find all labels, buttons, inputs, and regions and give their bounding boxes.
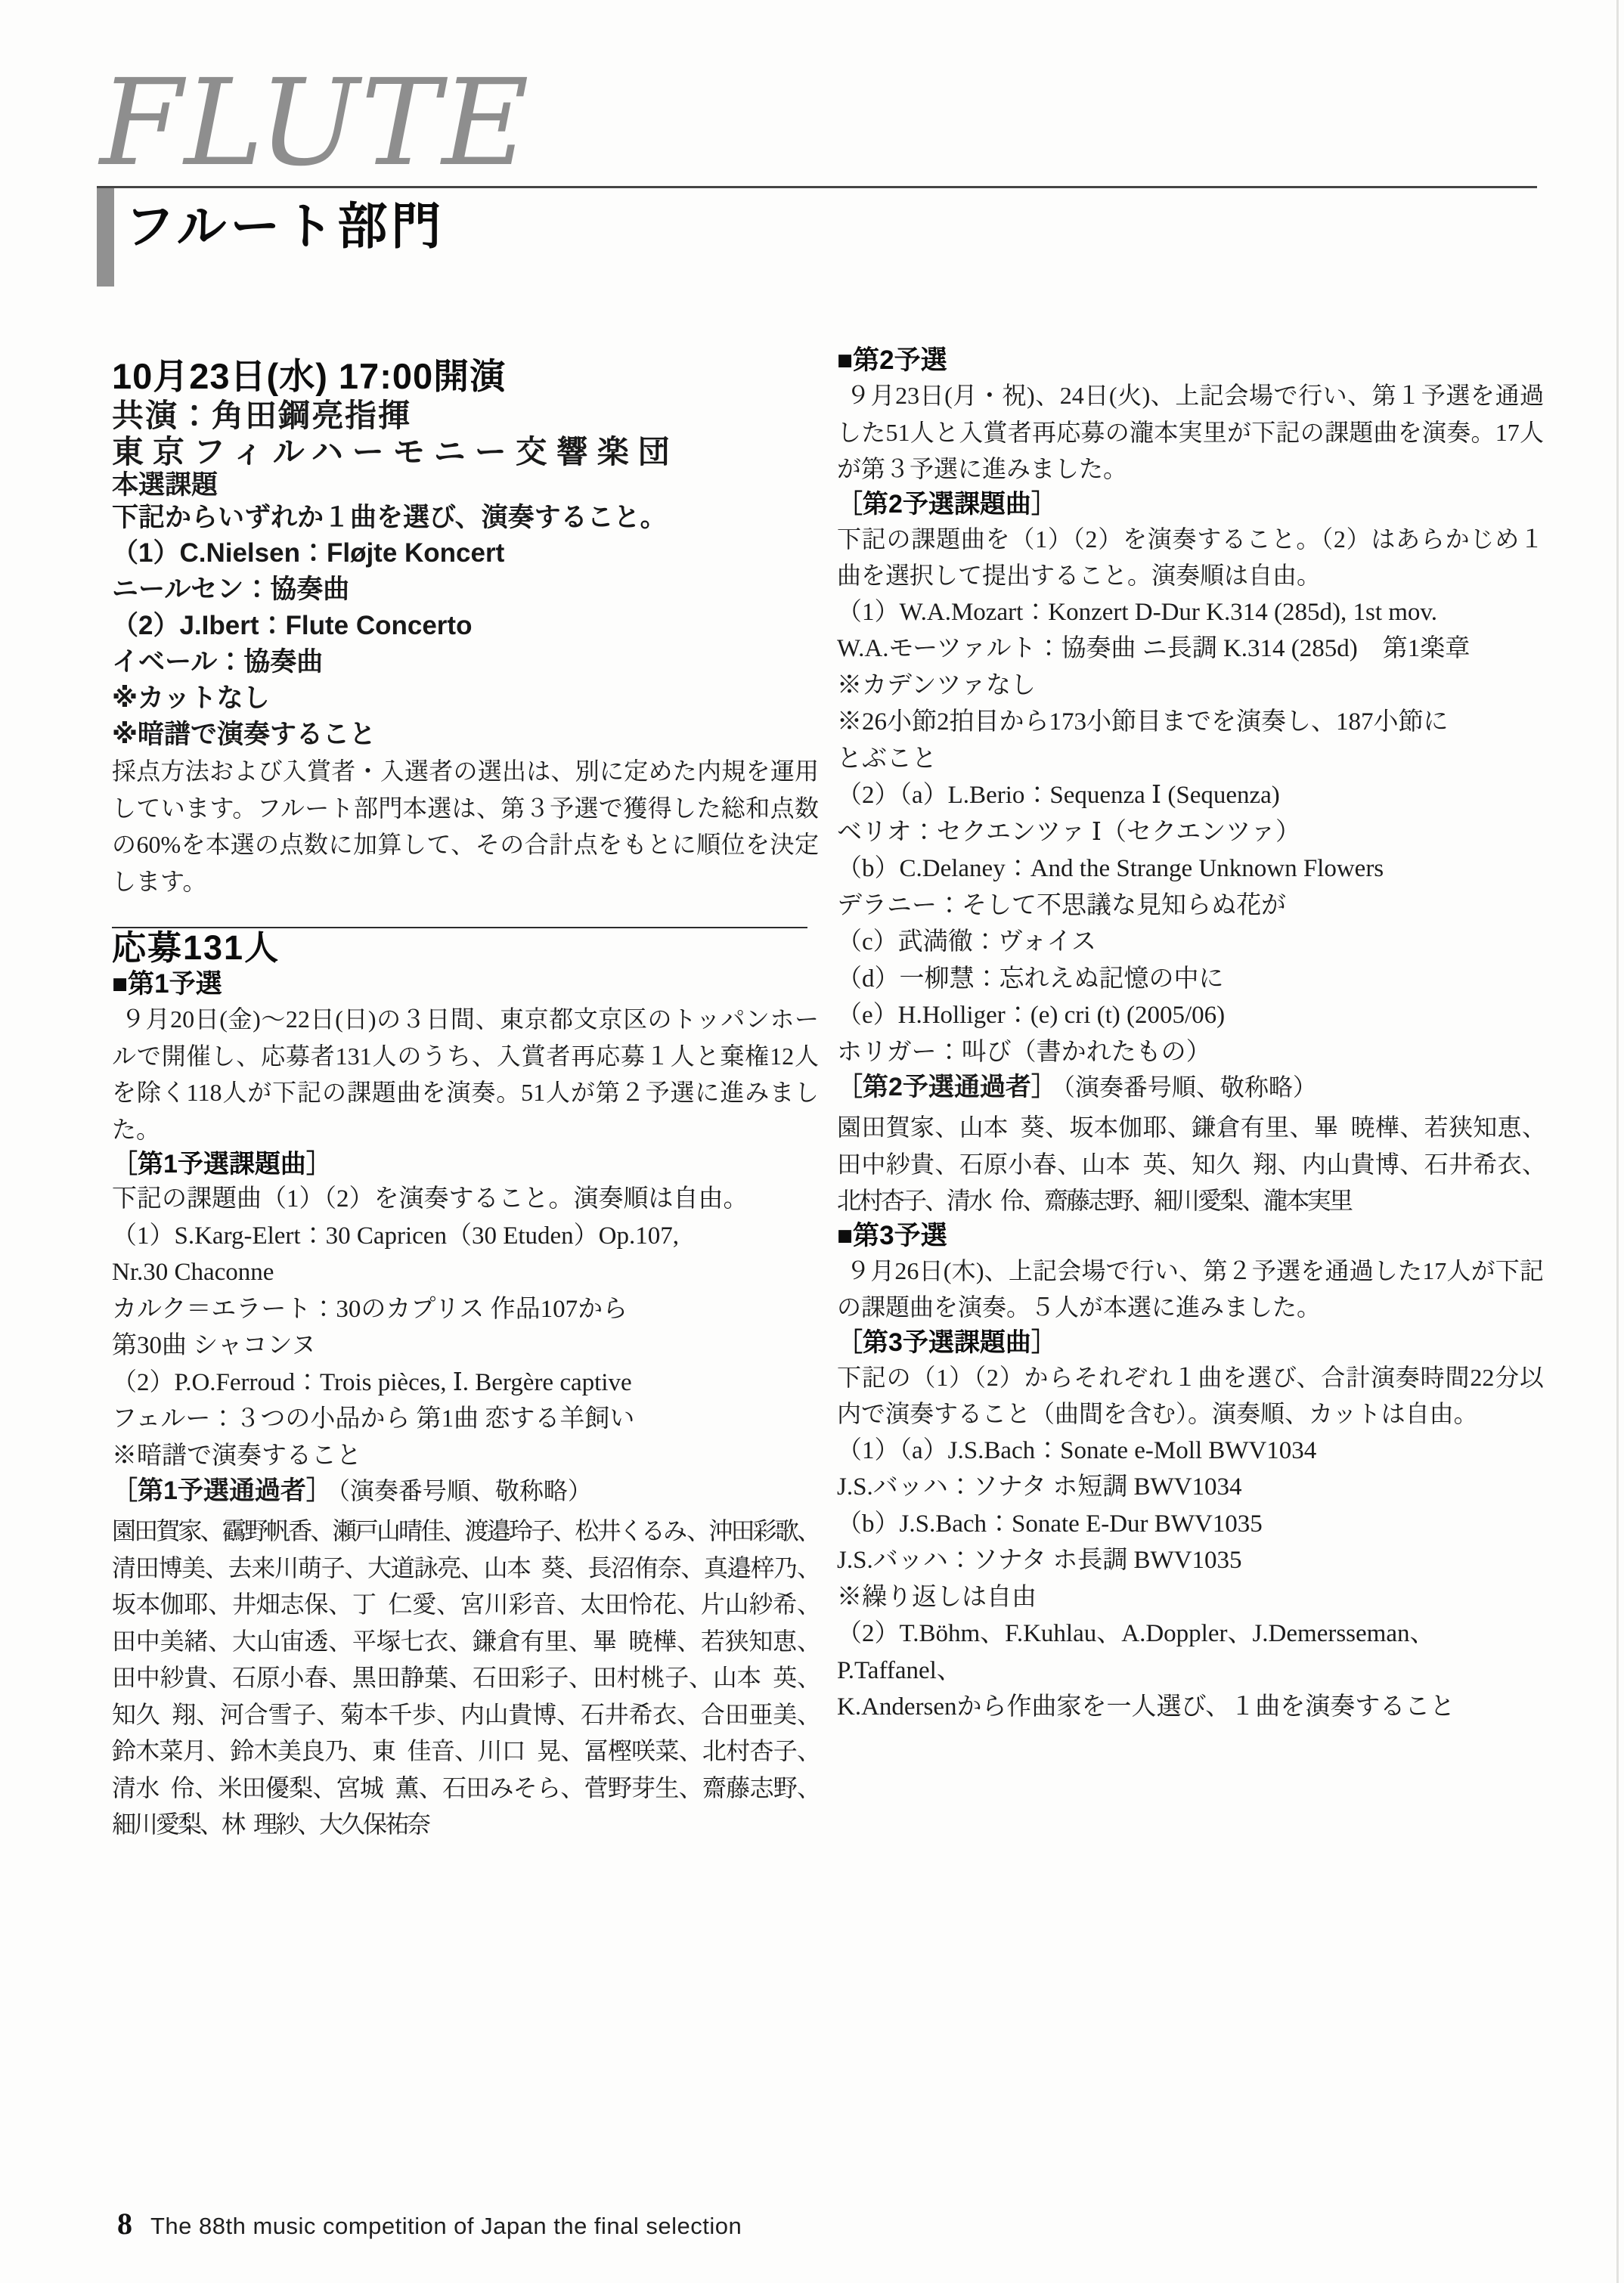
orchestra-line: 東京フィルハーモニー交響楽団 <box>112 434 819 470</box>
round1-memorization-note: ※暗譜で演奏すること <box>112 1438 819 1475</box>
final-task-intro: 下記からいずれか１曲を選び、演奏すること。 <box>112 500 819 535</box>
round3-item1b-ja: J.S.バッハ：ソナタ ホ長調 BWV1035 <box>837 1542 1544 1579</box>
round1-passers-line: 坂本伽耶、井畑志保、丁 仁愛、宮川彩音、太田怜花、片山紗希、 <box>112 1586 819 1623</box>
round2-passers-heading: ［第2予選通過者］ <box>837 1073 1057 1101</box>
round1-passers-note: （演奏番号順、敬称略） <box>338 1477 592 1504</box>
round2-item2b-line: （b）C.Delaney：And the Strange Unknown Flo… <box>837 850 1544 887</box>
round3-item1-note: ※繰り返しは自由 <box>837 1579 1544 1616</box>
round2-task-heading: ［第2予選課題曲］ <box>837 488 1544 521</box>
round1-summary: ９月20日(金)～22日(日)の３日間、東京都文京区のトッパンホールで開催し、応… <box>112 1001 819 1148</box>
round3-item1b-line: （b）J.S.Bach：Sonate E-Dur BWV1035 <box>837 1506 1544 1543</box>
round1-passers-line: 清水 伶、米田優梨、宮城 薫、石田みそら、菅野芽生、齋藤志野、 <box>112 1770 819 1807</box>
round3-heading: ■第3予選 <box>837 1219 1544 1253</box>
round1-item1-ja2: 第30曲 シャコンヌ <box>112 1327 819 1365</box>
round1-heading: ■第1予選 <box>112 968 819 1001</box>
round2-item1-note2b: とぶこと <box>837 741 1544 778</box>
round1-passers-line: 田中紗貴、石原小春、黒田静葉、石田彩子、田村桃子、山本 英、 <box>112 1659 819 1696</box>
round1-item2-ja1: フェルー：３つの小品から 第1曲 恋する羊飼い <box>112 1401 819 1438</box>
applicants-heading: 応募131人 <box>112 928 819 968</box>
round1-passers-line: 細川愛梨、林 理紗、大久保祐奈 <box>112 1806 819 1843</box>
page-number: 8 <box>117 2207 132 2241</box>
round3-item2-line2: K.Andersenから作曲家を一人選び、１曲を演奏すること <box>837 1689 1544 1726</box>
final-item-1-ja: ニールセン：協奏曲 <box>112 572 819 608</box>
round1-item1-line1: （1）S.Karg-Elert：30 Capricen（30 Etuden）Op… <box>112 1218 819 1255</box>
department-title-bar <box>97 188 114 287</box>
round2-passers-line: 北村杏子、清水 伶、齋藤志野、細川愛梨、瀧本実里 <box>837 1182 1544 1219</box>
round2-task-intro: 下記の課題曲を（1）（2）を演奏すること。（2）はあらかじめ１曲を選択して提出す… <box>837 521 1544 594</box>
left-column: 10月23日(水) 17:00開演 共演：角田鋼亮指揮 東京フィルハーモニー交響… <box>112 355 819 1843</box>
round3-item1a-ja: J.S.バッハ：ソナタ ホ短調 BWV1034 <box>837 1469 1544 1506</box>
round2-item1-note2: ※26小節2拍目から173小節目までを演奏し、187小節に <box>837 704 1544 741</box>
round2-summary: ９月23日(月・祝)、24日(火)、上記会場で行い、第１予選を通過した51人と入… <box>837 377 1544 488</box>
round2-item2a-line: （2）（a）L.Berio：Sequenza Ⅰ (Sequenza) <box>837 777 1544 814</box>
round1-item1-ja1: カルク＝エラート：30のカプリス 作品107から <box>112 1291 819 1328</box>
round1-item1-line2: Nr.30 Chaconne <box>112 1254 819 1291</box>
header-rule <box>97 186 1537 188</box>
scoring-paragraph: 採点方法および入賞者・入選者の選出は、別に定めた内規を運用しています。フルート部… <box>112 753 819 900</box>
memorization-note: ※暗譜で演奏すること <box>112 717 819 753</box>
round1-passers-line: 田中美緒、大山宙透、平塚七衣、鎌倉有里、畢 暁樺、若狭知恵、 <box>112 1623 819 1660</box>
scanned-program-page: FLUTE フルート部門 10月23日(水) 17:00開演 共演：角田鋼亮指揮… <box>0 0 1624 2283</box>
footer-text: The 88th music competition of Japan the … <box>150 2213 742 2239</box>
round1-passers-line: 知久 翔、河合雪子、菊本千歩、内山貴博、石井希衣、合田亜美、 <box>112 1696 819 1733</box>
flute-logo: FLUTE <box>100 64 531 183</box>
round2-item2a-ja: ベリオ：セクエンツァ Ⅰ（セクエンツァ） <box>837 814 1544 851</box>
final-date-heading: 10月23日(水) 17:00開演 <box>112 355 819 398</box>
round3-item1a-line: （1）（a）J.S.Bach：Sonate e-Moll BWV1034 <box>837 1433 1544 1470</box>
final-item-2-ja: イベール：協奏曲 <box>112 644 819 680</box>
right-column: ■第2予選 ９月23日(月・祝)、24日(火)、上記会場で行い、第１予選を通過し… <box>837 344 1544 1726</box>
round1-passers-line: 園田賀家、靍野帆香、瀬戸山晴佳、渡邉玲子、松井くるみ、沖田彩歌、 <box>112 1513 819 1550</box>
round3-summary: ９月26日(木)、上記会場で行い、第２予選を通過した17人が下記の課題曲を演奏。… <box>837 1253 1544 1326</box>
round1-passers-heading: ［第1予選通過者］ <box>112 1476 332 1505</box>
round1-passers-heading-row: ［第1予選通過者］（演奏番号順、敬称略） <box>112 1474 819 1513</box>
scan-edge-shadow <box>1616 0 1619 2283</box>
department-title: フルート部門 <box>125 198 445 256</box>
final-item-2-note: ※カットなし <box>112 680 819 717</box>
round1-passers-line: 清田博美、去来川萌子、大道詠亮、山本 葵、長沼侑奈、真邉梓乃、 <box>112 1550 819 1587</box>
round1-task-intro: 下記の課題曲（1）（2）を演奏すること。演奏順は自由。 <box>112 1181 819 1218</box>
round1-passers-line: 鈴木菜月、鈴木美良乃、東 佳音、川口 晃、冨樫咲菜、北村杏子、 <box>112 1733 819 1770</box>
round2-item1-ja: W.A.モーツァルト：協奏曲 ニ長調 K.314 (285d) 第1楽章 <box>837 630 1544 668</box>
final-item-1: （1）C.Nielsen：Fløjte Koncert <box>112 535 819 572</box>
round2-passers-line: 園田賀家、山本 葵、坂本伽耶、鎌倉有里、畢 暁樺、若狭知恵、 <box>837 1109 1544 1146</box>
round1-task-heading: ［第1予選課題曲］ <box>112 1148 819 1181</box>
round2-item2c-line: （c）武満徹：ヴォイス <box>837 924 1544 961</box>
round2-item1-line1: （1）W.A.Mozart：Konzert D-Dur K.314 (285d)… <box>837 594 1544 631</box>
round2-heading: ■第2予選 <box>837 344 1544 377</box>
final-task-heading: 本選課題 <box>112 470 819 500</box>
round2-item2e-ja: ホリガー：叫び（書かれたもの） <box>837 1034 1544 1071</box>
round2-item2b-ja: デラニー：そして不思議な見知らぬ花が <box>837 887 1544 925</box>
page-footer: 8The 88th music competition of Japan the… <box>117 2206 742 2241</box>
costar-line: 共演：角田鋼亮指揮 <box>112 398 819 434</box>
round3-task-intro: 下記の（1）（2）からそれぞれ１曲を選び、合計演奏時間22分以内で演奏すること（… <box>837 1359 1544 1433</box>
round1-item2-line1: （2）P.O.Ferroud：Trois pièces, Ⅰ. Bergère … <box>112 1365 819 1402</box>
round2-item2d-line: （d）一柳慧：忘れえぬ記憶の中に <box>837 961 1544 998</box>
final-item-2: （2）J.Ibert：Flute Concerto <box>112 608 819 644</box>
round2-item2e-line: （e）H.Holliger：(e) cri (t) (2005/06) <box>837 997 1544 1034</box>
round2-passers-heading-row: ［第2予選通過者］（演奏番号順、敬称略） <box>837 1070 1544 1109</box>
round2-item1-note1: ※カデンツァなし <box>837 668 1544 705</box>
round2-passers-note: （演奏番号順、敬称略） <box>1063 1073 1317 1101</box>
round2-passers-line: 田中紗貴、石原小春、山本 英、知久 翔、内山貴博、石井希衣、 <box>837 1146 1544 1183</box>
round3-item2-line1: （2）T.Böhm、F.Kuhlau、A.Doppler、J.Demerssem… <box>837 1615 1544 1689</box>
round3-task-heading: ［第3予選課題曲］ <box>837 1326 1544 1359</box>
